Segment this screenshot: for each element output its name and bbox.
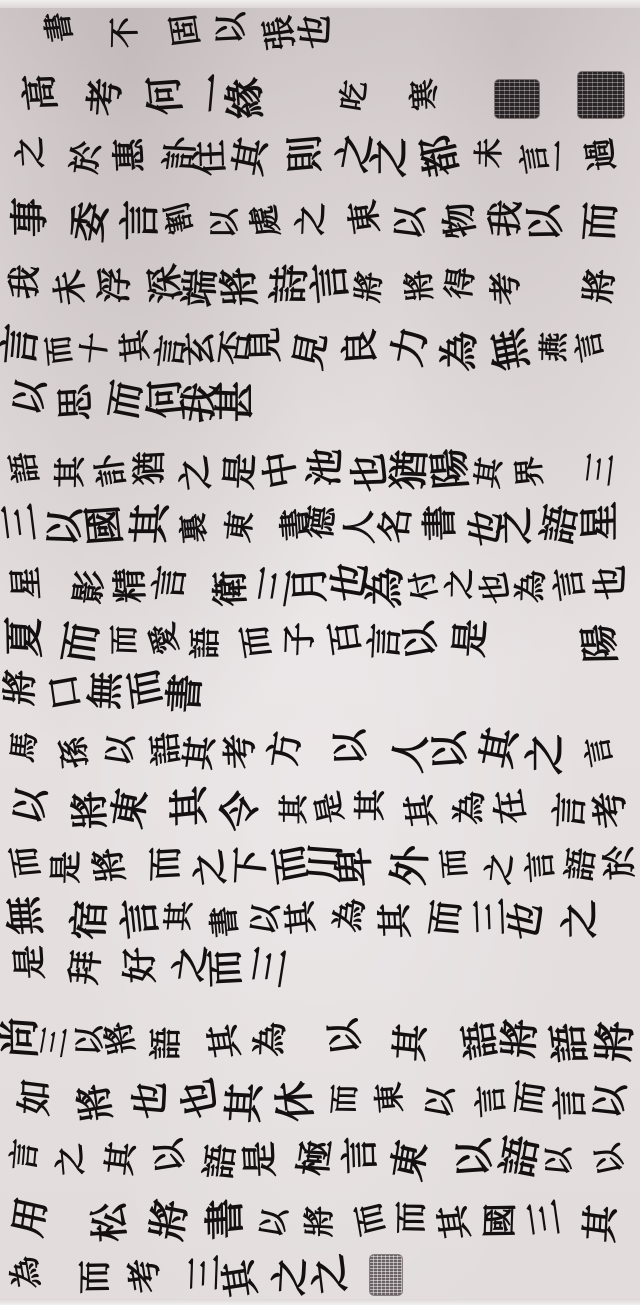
calligraphy-glyph: 東	[373, 1080, 407, 1114]
calligraphy-glyph: 之	[293, 202, 327, 236]
calligraphy-glyph: 而	[103, 378, 146, 423]
calligraphy-line: 三以國其裏東書德人名書也之語星	[0, 495, 640, 555]
calligraphy-glyph: 過	[581, 136, 618, 172]
calligraphy-glyph: 東	[346, 198, 384, 236]
calligraphy-line: 將口無而書	[0, 660, 640, 720]
calligraphy-glyph: 惠	[112, 138, 148, 173]
calligraphy-glyph: 三	[525, 1198, 566, 1238]
calligraphy-glyph: 而	[425, 899, 466, 938]
calligraphy-glyph: 其	[102, 1139, 138, 1176]
calligraphy-glyph: 之	[483, 850, 517, 887]
calligraphy-glyph: 德	[302, 504, 339, 541]
calligraphy-glyph: 書	[164, 673, 206, 714]
calligraphy-glyph: 是	[48, 850, 82, 884]
calligraphy-glyph: 何	[144, 74, 187, 116]
calligraphy-glyph: 而	[110, 624, 140, 655]
calligraphy-glyph: 其	[54, 456, 87, 489]
calligraphy-glyph: 之	[53, 1142, 88, 1178]
calligraphy-glyph: 是	[241, 1141, 279, 1177]
calligraphy-line: 馬孫以語其考方以人以其之言	[0, 720, 640, 780]
calligraphy-glyph: 固	[167, 12, 204, 48]
calligraphy-glyph: 於	[602, 843, 638, 882]
calligraphy-glyph: 之	[270, 1255, 310, 1297]
calligraphy-glyph: 其	[581, 1202, 620, 1244]
calligraphy-glyph: 語	[147, 729, 182, 767]
calligraphy-glyph: 言	[149, 564, 190, 602]
calligraphy-glyph: 以	[430, 729, 470, 771]
calligraphy-glyph: 三	[0, 502, 41, 541]
calligraphy-glyph: 其	[229, 134, 271, 178]
calligraphy-glyph: 見	[246, 326, 283, 363]
calligraphy-glyph: 以	[524, 204, 566, 242]
calligraphy-glyph: 十	[78, 330, 112, 365]
calligraphy-glyph: 卑	[333, 846, 377, 887]
calligraphy-glyph: 夏	[5, 616, 46, 659]
calligraphy-line: 尚三以將語其為以其語將語將	[0, 1010, 640, 1070]
calligraphy-glyph: 一	[543, 140, 576, 172]
calligraphy-glyph: 將	[499, 1017, 541, 1059]
calligraphy-glyph: 以	[592, 1141, 628, 1178]
calligraphy-glyph: 言	[120, 199, 161, 241]
calligraphy-glyph: 言	[308, 260, 352, 304]
calligraphy-glyph: 其	[164, 901, 197, 931]
calligraphy-glyph: 將	[2, 667, 38, 706]
calligraphy-glyph: 事	[10, 196, 50, 238]
calligraphy-glyph: 也	[476, 571, 513, 605]
calligraphy-glyph: 也	[178, 1075, 221, 1122]
calligraphy-line: 星影精言衛三月也為付之也為言也	[0, 555, 640, 615]
calligraphy-glyph: 其	[118, 328, 152, 365]
calligraphy-glyph: 其	[377, 902, 414, 938]
calligraphy-glyph: 其	[205, 1022, 244, 1059]
calligraphy-glyph: 名	[375, 506, 415, 544]
calligraphy-glyph: 以	[102, 732, 137, 768]
calligraphy-glyph: 用	[9, 1194, 51, 1240]
seal-stamp-icon	[578, 72, 624, 118]
calligraphy-glyph: 浮	[96, 265, 134, 304]
calligraphy-glyph: 之	[560, 898, 600, 939]
calligraphy-glyph: 吃	[339, 79, 372, 114]
calligraphy-glyph: 愛	[147, 619, 182, 658]
calligraphy-glyph: 而	[205, 948, 244, 988]
calligraphy-glyph: 將	[305, 1205, 336, 1238]
calligraphy-glyph: 而	[44, 333, 76, 367]
calligraphy-glyph: 界	[513, 454, 546, 488]
calligraphy-glyph: 池	[305, 447, 346, 488]
calligraphy-glyph: 其	[181, 734, 219, 771]
calligraphy-glyph: 考	[125, 1256, 165, 1295]
calligraphy-glyph: 而	[579, 201, 621, 242]
calligraphy-line: 以思而何我甚	[0, 370, 640, 430]
calligraphy-glyph: 以	[400, 618, 441, 661]
calligraphy-line: 為而考三其之之	[0, 1245, 640, 1305]
calligraphy-glyph: 而	[236, 623, 274, 659]
calligraphy-glyph: 將	[102, 1018, 139, 1058]
calligraphy-glyph: 好	[121, 947, 159, 984]
calligraphy-glyph: 以	[590, 1081, 631, 1120]
calligraphy-glyph: 考	[85, 77, 126, 116]
calligraphy-glyph: 以	[325, 1017, 366, 1058]
calligraphy-glyph: 而	[56, 619, 104, 665]
calligraphy-glyph: 其	[354, 789, 387, 822]
calligraphy-glyph: 孫	[58, 735, 91, 770]
calligraphy-line: 事委言割以處之東以物我以而	[0, 190, 640, 250]
calligraphy-glyph: 為	[331, 896, 369, 934]
calligraphy-glyph: 以	[248, 901, 283, 938]
calligraphy-glyph: 其	[401, 792, 439, 827]
calligraphy-glyph: 委	[67, 200, 114, 245]
calligraphy-glyph: 其	[280, 793, 310, 825]
calligraphy-glyph: 訃	[91, 452, 129, 489]
calligraphy-glyph: 裏	[179, 511, 211, 544]
calligraphy-glyph: 其	[128, 503, 173, 544]
calligraphy-glyph: 則	[286, 133, 325, 174]
calligraphy-line: 書不固以張也	[0, 0, 640, 60]
calligraphy-glyph: 言	[552, 1085, 589, 1121]
calligraphy-glyph: 以	[9, 783, 50, 828]
calligraphy-line: 而是將而之下而川卑外而之言語於	[0, 835, 640, 895]
calligraphy-glyph: 其	[219, 1257, 261, 1299]
calligraphy-glyph: 無	[3, 895, 47, 935]
calligraphy-glyph: 考	[589, 788, 630, 831]
calligraphy-glyph: 以	[545, 1145, 575, 1178]
calligraphy-glyph: 其	[170, 784, 211, 828]
calligraphy-glyph: 百	[325, 617, 365, 657]
calligraphy-glyph: 在	[490, 787, 530, 826]
calligraphy-glyph: 是	[312, 788, 348, 826]
calligraphy-glyph: 其	[224, 1082, 267, 1124]
calligraphy-glyph: 三	[248, 943, 292, 990]
calligraphy-glyph: 之	[13, 136, 47, 168]
calligraphy-glyph: 猶	[132, 450, 167, 486]
calligraphy-glyph: 星	[7, 565, 42, 598]
calligraphy-glyph: 三	[582, 451, 618, 488]
calligraphy-glyph: 也	[592, 564, 629, 600]
calligraphy-glyph: 將	[70, 790, 109, 831]
calligraphy-line: 用松將書以將而而其國三其	[0, 1190, 640, 1250]
calligraphy-glyph: 衛	[211, 569, 249, 608]
calligraphy-glyph: 陽	[578, 623, 621, 662]
calligraphy-glyph: 將	[218, 266, 261, 307]
calligraphy-glyph: 是	[450, 617, 491, 658]
calligraphy-glyph: 休	[272, 1080, 317, 1123]
calligraphy-glyph: 而	[329, 1084, 362, 1114]
calligraphy-line: 高考何一緣吃寒	[0, 65, 640, 125]
calligraphy-glyph: 以	[213, 11, 247, 46]
calligraphy-glyph: 以	[392, 202, 429, 241]
calligraphy-glyph: 未	[475, 137, 506, 168]
calligraphy-glyph: 無	[486, 325, 533, 374]
calligraphy-glyph: 燕	[540, 331, 571, 363]
calligraphy-glyph: 寒	[409, 76, 442, 111]
calligraphy-glyph: 以	[258, 1206, 293, 1240]
calligraphy-glyph: 以	[423, 1083, 458, 1120]
calligraphy-glyph: 書	[204, 1195, 246, 1240]
calligraphy-glyph: 以	[10, 375, 50, 419]
calligraphy-glyph: 言	[523, 848, 557, 883]
paper-bottom-edge	[0, 1299, 640, 1305]
calligraphy-glyph: 言	[572, 326, 607, 364]
calligraphy-glyph: 之	[444, 567, 476, 599]
calligraphy-glyph: 語	[7, 450, 43, 483]
calligraphy-glyph: 處	[247, 204, 284, 239]
calligraphy-glyph: 也	[130, 1079, 170, 1120]
calligraphy-glyph: 之	[175, 453, 214, 493]
calligraphy-glyph: 極	[294, 1137, 336, 1176]
calligraphy-glyph: 力	[387, 323, 432, 369]
calligraphy-glyph: 思	[56, 382, 94, 422]
calligraphy-glyph: 書	[42, 11, 77, 43]
calligraphy-glyph: 將	[581, 267, 620, 304]
calligraphy-glyph: 言	[340, 1135, 379, 1174]
calligraphy-glyph: 語	[496, 1132, 543, 1180]
calligraphy-glyph: 無	[86, 670, 125, 710]
calligraphy-line: 語其訃猶之是中池也猶陽其界三	[0, 440, 640, 500]
calligraphy-glyph: 書	[208, 904, 242, 938]
calligraphy-glyph: 為	[252, 1021, 288, 1057]
calligraphy-glyph: 也	[297, 12, 334, 51]
calligraphy-glyph: 為	[6, 1254, 45, 1289]
calligraphy-glyph: 見	[289, 328, 331, 373]
calligraphy-glyph: 為	[440, 329, 480, 372]
calligraphy-glyph: 言	[0, 321, 42, 369]
calligraphy-glyph: 以	[455, 1137, 496, 1180]
calligraphy-glyph: 住	[191, 139, 228, 177]
calligraphy-glyph: 人	[388, 729, 431, 775]
calligraphy-glyph: 中	[260, 447, 301, 491]
calligraphy-glyph: 都	[416, 130, 463, 180]
calligraphy-glyph: 物	[440, 199, 480, 241]
calligraphy-glyph: 言	[117, 896, 162, 940]
calligraphy-glyph: 將	[354, 269, 387, 304]
calligraphy-glyph: 而	[511, 1079, 549, 1117]
calligraphy-glyph: 三	[38, 1025, 73, 1059]
calligraphy-glyph: 言	[551, 791, 589, 832]
calligraphy-scroll: 書不固以張也高考何一緣吃寒之於惠訃住其則之之都未言一過事委言割以處之東以物我以而…	[0, 0, 640, 1305]
calligraphy-line: 我未浮深端將詩言將將得考將	[0, 255, 640, 315]
calligraphy-glyph: 我	[7, 263, 42, 301]
calligraphy-glyph: 將	[404, 268, 437, 303]
calligraphy-glyph: 為	[452, 791, 487, 826]
calligraphy-glyph: 而	[124, 665, 166, 711]
calligraphy-glyph: 以	[152, 1136, 188, 1175]
calligraphy-glyph: 其	[474, 455, 507, 491]
calligraphy-line: 以將東其令其是其其為在言考	[0, 778, 640, 838]
calligraphy-glyph: 精	[112, 567, 149, 603]
calligraphy-glyph: 語	[189, 627, 222, 659]
calligraphy-glyph: 陽	[428, 446, 472, 490]
calligraphy-glyph: 子	[282, 621, 317, 656]
calligraphy-glyph: 令	[216, 788, 264, 835]
calligraphy-glyph: 馬	[9, 729, 41, 764]
calligraphy-glyph: 將	[593, 1020, 638, 1063]
calligraphy-glyph: 我	[485, 198, 524, 238]
calligraphy-glyph: 言	[551, 565, 590, 602]
calligraphy-glyph: 之	[190, 847, 231, 888]
calligraphy-glyph: 緣	[223, 75, 267, 120]
calligraphy-line: 言而十其言玄否見見良力為無燕言	[0, 318, 640, 378]
calligraphy-glyph: 良	[341, 328, 380, 369]
calligraphy-glyph: 高	[19, 73, 61, 111]
calligraphy-glyph: 言	[472, 1082, 507, 1119]
calligraphy-glyph: 割	[163, 199, 197, 236]
calligraphy-glyph: 其	[435, 1204, 474, 1241]
calligraphy-glyph: 東	[108, 785, 152, 831]
calligraphy-glyph: 口	[45, 671, 85, 713]
calligraphy-glyph: 其	[477, 724, 523, 771]
calligraphy-line: 是拜好之而三	[0, 935, 640, 995]
calligraphy-glyph: 將	[147, 1196, 193, 1243]
calligraphy-glyph: 而	[6, 845, 44, 879]
seal-stamp-icon	[370, 1255, 402, 1295]
calligraphy-glyph: 而	[352, 1199, 389, 1238]
calligraphy-glyph: 其	[282, 898, 317, 936]
calligraphy-glyph: 東	[388, 1136, 432, 1183]
calligraphy-glyph: 於	[67, 139, 104, 175]
calligraphy-line: 之於惠訃住其則之之都未言一過	[0, 125, 640, 185]
calligraphy-glyph: 以	[331, 728, 369, 766]
calligraphy-glyph: 而	[78, 1260, 113, 1295]
calligraphy-glyph: 語	[200, 1142, 239, 1180]
seal-stamp-icon	[495, 80, 539, 118]
calligraphy-line: 如將也也其休而東以言而言以	[0, 1070, 640, 1130]
calligraphy-glyph: 方	[265, 730, 306, 768]
calligraphy-glyph: 之	[496, 506, 535, 546]
calligraphy-glyph: 為	[365, 565, 406, 609]
calligraphy-glyph: 語	[148, 1027, 182, 1060]
calligraphy-line: 言之其以語是極言東以語以以	[0, 1128, 640, 1188]
calligraphy-glyph: 東	[223, 508, 257, 544]
calligraphy-glyph: 將	[74, 1080, 116, 1123]
calligraphy-glyph: 書	[421, 505, 458, 542]
calligraphy-glyph: 之	[370, 136, 410, 179]
calligraphy-glyph: 為	[513, 570, 547, 603]
calligraphy-glyph: 國	[482, 1202, 518, 1238]
calligraphy-glyph: 得	[442, 265, 478, 301]
calligraphy-glyph: 星	[580, 500, 620, 543]
calligraphy-glyph: 外	[388, 844, 433, 886]
calligraphy-glyph: 如	[16, 1077, 53, 1117]
calligraphy-glyph: 端	[180, 268, 221, 308]
calligraphy-glyph: 而	[147, 845, 183, 882]
calligraphy-glyph: 是	[12, 945, 48, 980]
calligraphy-glyph: 語	[548, 1023, 592, 1063]
calligraphy-glyph: 其	[391, 1021, 430, 1062]
calligraphy-glyph: 語	[562, 845, 599, 883]
calligraphy-glyph: 而	[439, 847, 472, 879]
calligraphy-glyph: 國	[83, 504, 127, 547]
calligraphy-glyph: 甚	[215, 379, 256, 422]
calligraphy-glyph: 考	[222, 734, 259, 769]
calligraphy-glyph: 付	[408, 567, 442, 603]
calligraphy-glyph: 松	[90, 1201, 130, 1243]
calligraphy-glyph: 未	[50, 267, 89, 308]
calligraphy-glyph: 考	[488, 271, 523, 305]
calligraphy-glyph: 不	[109, 16, 141, 48]
calligraphy-glyph: 之	[525, 731, 566, 776]
calligraphy-glyph: 下	[231, 846, 270, 887]
calligraphy-glyph: 言	[8, 1137, 41, 1173]
calligraphy-glyph: 影	[71, 569, 109, 606]
calligraphy-glyph: 月	[290, 563, 330, 605]
calligraphy-glyph: 拜	[65, 948, 104, 986]
calligraphy-glyph: 以	[209, 208, 241, 239]
calligraphy-glyph: 之	[308, 1251, 351, 1297]
calligraphy-glyph: 是	[221, 451, 259, 491]
calligraphy-glyph: 言	[583, 733, 618, 769]
calligraphy-glyph: 而	[393, 1200, 427, 1234]
calligraphy-glyph: 將	[90, 846, 129, 884]
